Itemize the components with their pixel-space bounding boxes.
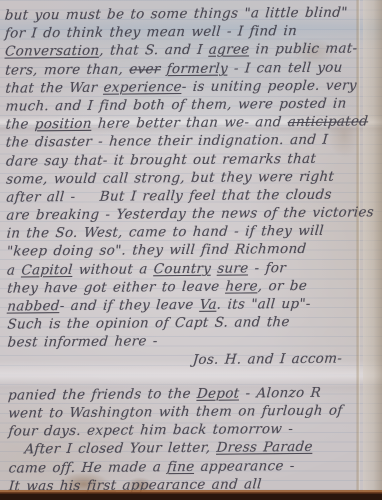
text-segment: appearance - bbox=[194, 458, 295, 475]
underlined-word: Va bbox=[199, 297, 217, 313]
text-segment: - for bbox=[248, 260, 287, 276]
underlined-word: Conversation bbox=[4, 43, 100, 60]
manuscript-line: After I closed Your letter, Dress Parade bbox=[8, 438, 369, 459]
underlined-word: nabbed bbox=[7, 298, 61, 314]
text-segment: the disaster - hence their indignation. … bbox=[5, 132, 328, 151]
underlined-word: fine bbox=[167, 458, 195, 474]
text-segment: - is uniting people. very bbox=[181, 77, 357, 95]
manuscript-line: Jos. H. and I accom- bbox=[7, 349, 368, 370]
struck-out-word: ever bbox=[129, 61, 162, 77]
text-segment: four days. expect him back tomorrow - bbox=[8, 421, 294, 439]
underlined-word: Depot bbox=[196, 385, 240, 401]
underlined-word: agree bbox=[208, 42, 250, 58]
text-segment: some, would call strong, but they were r… bbox=[6, 168, 335, 187]
text-segment: but you must be to some things "a little… bbox=[4, 5, 348, 24]
text-segment: ters, more than, bbox=[5, 61, 130, 78]
text-segment: in the So. West, came to hand - if they … bbox=[6, 223, 324, 242]
underlined-word: formerly bbox=[166, 60, 228, 77]
text-segment: - Alonzo R bbox=[239, 385, 322, 402]
underlined-word: sure bbox=[217, 260, 250, 276]
text-segment: - and if they leave bbox=[59, 297, 200, 314]
struck-out-word: anticipated bbox=[287, 114, 369, 131]
letter-lines: but you must be to some things "a little… bbox=[4, 3, 368, 495]
text-segment: "keep doing so". they will find Richmond bbox=[6, 241, 307, 260]
text-segment: went to Washington with them on furlough… bbox=[8, 403, 344, 422]
text-segment: . its "all up"- bbox=[216, 296, 311, 313]
text-segment: dare say that- it brought out remarks th… bbox=[5, 150, 316, 169]
underlined-word: here bbox=[225, 278, 259, 294]
text-segment: much. and I find both of them, were post… bbox=[5, 96, 347, 115]
text-segment: after all - But I really feel that the c… bbox=[6, 187, 333, 206]
text-segment: without a bbox=[72, 261, 154, 278]
dark-bottom-border bbox=[0, 492, 382, 500]
text-segment: After I closed Your letter, bbox=[24, 440, 217, 458]
text-segment: here better than we- and bbox=[91, 114, 288, 132]
text-segment: - I can tell you bbox=[227, 59, 343, 76]
underlined-word: Capitol bbox=[21, 262, 74, 278]
text-segment: for I do think they mean well - I find i… bbox=[4, 23, 297, 42]
text-segment: , or be bbox=[257, 278, 307, 294]
underlined-word: Dress Parade bbox=[216, 439, 313, 456]
text-segment: Jos. H. and I accom- bbox=[192, 350, 343, 367]
underlined-word: experience bbox=[103, 79, 183, 96]
text-segment: Such is the opinion of Capt S. and the bbox=[7, 314, 291, 332]
text-segment: came off. He made a bbox=[8, 459, 168, 476]
text-segment: they have got either to leave bbox=[7, 278, 227, 296]
text-segment: panied the friends to the bbox=[7, 386, 197, 404]
text-segment: in public mat- bbox=[249, 41, 358, 58]
underlined-word: position bbox=[34, 116, 92, 133]
text-segment: , that S. and I bbox=[99, 42, 210, 59]
text-segment: are breaking - Yesterday the news of the… bbox=[6, 204, 375, 223]
text-segment: that the War bbox=[5, 79, 104, 96]
text-segment: best informed here - bbox=[7, 334, 158, 351]
manuscript-line: the disaster - hence their indignation. … bbox=[5, 131, 366, 152]
underlined-word: Country bbox=[153, 260, 212, 277]
text-segment: the bbox=[5, 116, 35, 132]
letter-page: but you must be to some things "a little… bbox=[0, 0, 382, 500]
